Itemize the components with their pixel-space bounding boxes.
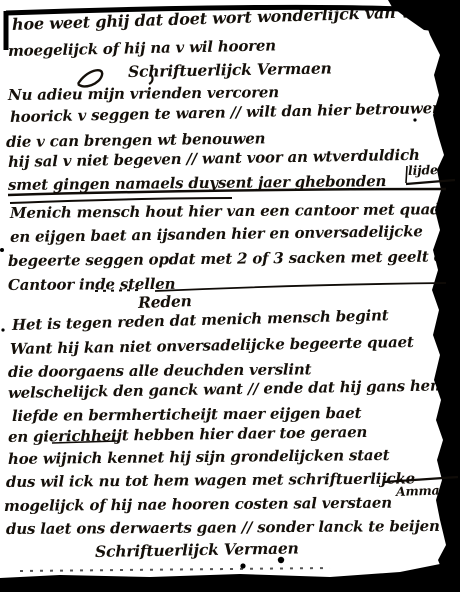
bottom-dotted-line [20, 568, 330, 571]
ink-dot [1, 328, 4, 331]
flourish-mark [78, 70, 102, 86]
scan-edge-artifacts [0, 0, 460, 600]
page-frame-top-line [6, 7, 400, 13]
manuscript-scan-page: hoe weet ghij dat doet wort wonderlijck … [0, 0, 460, 600]
short-underline [52, 441, 118, 443]
ink-dot [413, 118, 416, 121]
ink-rule-2 [155, 283, 446, 291]
scan-edge-bottom [0, 560, 460, 592]
ink-rule-1b [10, 198, 232, 203]
ink-dot [278, 557, 284, 563]
ink-dot [0, 248, 4, 252]
margin-note-1-tick [406, 166, 407, 183]
flourish-comma [149, 74, 153, 84]
ink-rule-2-dots [95, 290, 140, 291]
scan-edge-right [424, 0, 460, 590]
ink-dot [240, 563, 245, 568]
ink-rule-1 [8, 189, 446, 195]
